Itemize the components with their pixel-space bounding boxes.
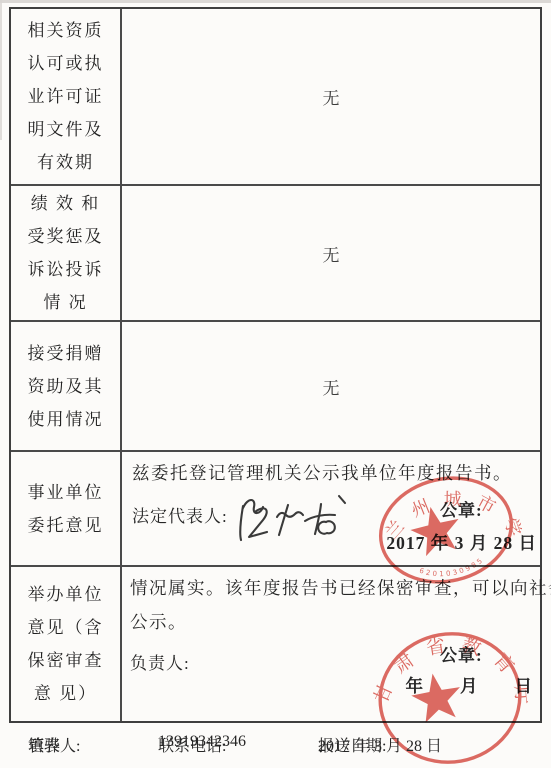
blank-month: 月 [460, 673, 478, 698]
table-row-qualifications: 相关资质 认可或执 业许可证 明文件及 有效期 无 [11, 9, 540, 186]
entity-seal-label: 公章: [440, 496, 483, 521]
label-line: 认可或执 [28, 47, 104, 80]
label-line: 委托意见 [28, 509, 104, 542]
label-line: 举办单位 [28, 578, 104, 611]
row-value-donations: 无 [122, 322, 540, 450]
responsible-person-label: 负责人: [130, 649, 190, 674]
label-line: 有效期 [37, 146, 94, 179]
value-none: 无 [323, 84, 340, 109]
label-line: 资助及其 [28, 370, 104, 403]
row-value-qualifications: 无 [122, 9, 540, 184]
sponsor-statement-line1: 情况属实。该年度报告书已经保密审查，可以向社会 [130, 575, 551, 600]
annual-report-table: 相关资质 认可或执 业许可证 明文件及 有效期 无 绩 效 和 受奖惩及 诉讼投… [9, 7, 542, 723]
entity-opinion-date: 2017 年 3 月 28 日 [386, 530, 537, 555]
label-line: 绩 效 和 [31, 187, 101, 220]
table-row-donations: 接受捐赠 资助及其 使用情况 无 [11, 322, 540, 452]
table-row-performance: 绩 效 和 受奖惩及 诉讼投诉 情 况 无 [11, 186, 540, 322]
label-line: 明文件及 [28, 113, 104, 146]
blank-year: 年 [406, 673, 424, 698]
label-line: 接受捐赠 [28, 337, 104, 370]
row-label-sponsor-opinion: 举办单位 意见（含 保密审查 意 见） [11, 567, 122, 721]
scan-edge-left [0, 0, 2, 140]
label-line: 使用情况 [28, 403, 104, 436]
row-label-donations: 接受捐赠 资助及其 使用情况 [11, 322, 122, 450]
entity-statement: 兹委托登记管理机关公示我单位年度报告书。 [132, 460, 512, 485]
label-line: 诉讼投诉 [28, 253, 104, 286]
blank-day: 日 [515, 673, 533, 698]
submit-date-value: 2017 年 3 月 28 日 [318, 733, 442, 756]
label-line: 事业单位 [28, 476, 104, 509]
label-line: 意 见） [34, 677, 97, 710]
label-line: 情 况 [43, 286, 87, 319]
legal-representative-label: 法定代表人: [132, 502, 228, 527]
phone-value: 13919342346 [158, 733, 246, 751]
row-value-performance: 无 [122, 186, 540, 320]
sponsor-seal-label: 公章: [440, 641, 483, 666]
table-row-sponsor-opinion: 举办单位 意见（含 保密审查 意 见） 情况属实。该年度报告书已经保密审查，可以… [11, 567, 540, 721]
row-label-qualifications: 相关资质 认可或执 业许可证 明文件及 有效期 [11, 9, 122, 184]
scan-edge-top [0, 0, 551, 3]
row-content-sponsor-opinion: 情况属实。该年度报告书已经保密审查，可以向社会 公示。 负责人: 公章: 年 月… [122, 567, 540, 721]
filler-value: 管骅 [28, 733, 60, 756]
value-none: 无 [323, 241, 340, 266]
row-label-entity-opinion: 事业单位 委托意见 [11, 452, 122, 565]
sponsor-opinion-date-blank: 年 月 日 [406, 673, 533, 698]
value-none: 无 [323, 374, 340, 399]
label-line: 相关资质 [28, 14, 104, 47]
label-line: 业许可证 [28, 80, 104, 113]
label-line: 意见（含 [28, 611, 104, 644]
label-line: 受奖惩及 [28, 220, 104, 253]
legal-representative-signature [233, 490, 351, 544]
sponsor-statement-line2: 公示。 [130, 609, 187, 634]
label-line: 保密审查 [28, 644, 104, 677]
row-label-performance: 绩 效 和 受奖惩及 诉讼投诉 情 况 [11, 186, 122, 320]
form-footer: 填表人: 管骅 联系电话: 13919342346 报送日期: 2017 年 3… [0, 733, 551, 757]
